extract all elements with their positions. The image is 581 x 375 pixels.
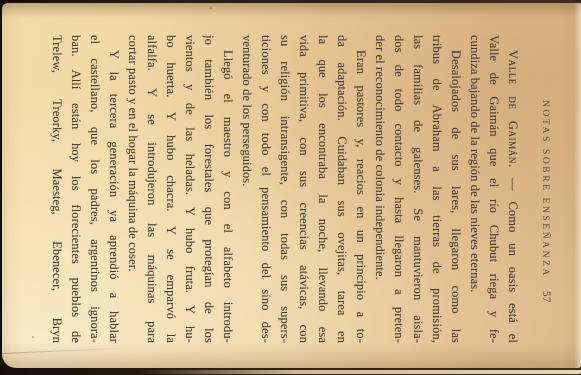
text-line: alfalfa. Y se introdujeron las máquinas …	[142, 35, 161, 343]
chapter-lead: Valle de Gaimán	[506, 50, 520, 164]
text-line: cortar pasto y en el hogar la máquina de…	[123, 35, 142, 343]
page-number: 57	[540, 291, 552, 303]
text-line: Valle de Gaimán que el río Chubut riega …	[484, 35, 503, 343]
text-line: Trelew, Treorky, Maesteg, Ebenecer, Bryn	[47, 35, 66, 343]
book-page: NOTAS SOBRE ENSEÑANZA 57 Valle de Gaimán…	[2, 3, 581, 368]
page-content: NOTAS SOBRE ENSEÑANZA 57 Valle de Gaimán…	[2, 3, 581, 368]
text-line: vida primitiva, con sus creencias atávic…	[294, 35, 313, 343]
text-line: Valle de Gaimán. — Como un oasis está el	[503, 35, 522, 343]
text-line: Eran pastores y, reacios en un principio…	[351, 35, 370, 343]
text-line: Y la tercera generación ya aprendió a ha…	[104, 35, 123, 343]
text-line: cundiza bajando de la región de las niev…	[465, 35, 484, 343]
text-line: el castellano, que los padres, argentino…	[85, 35, 104, 343]
text-line: venturado de los perseguidos.	[237, 35, 256, 343]
text-line: la que los encontraba la noche, llevando…	[313, 35, 332, 343]
text-line: las familias de galenses. Se mantuvieron…	[408, 35, 427, 343]
text-line: ban. Allí están hoy los florecientes pue…	[66, 35, 85, 343]
scan-background: NOTAS SOBRE ENSEÑANZA 57 Valle de Gaimán…	[0, 0, 581, 375]
text-line: da adaptación. Cuidaban sus ovejitas, ta…	[332, 35, 351, 343]
text-line: vientos y de las heladas. Y hubo fruta. …	[180, 35, 199, 343]
text-line: ticiones y con todo el pensamiento del s…	[256, 35, 275, 343]
text-line: tribus de Abraham a las tierras de promi…	[427, 35, 446, 343]
underlying-page-edges	[140, 370, 581, 374]
text-block: Valle de Gaimán. — Como un oasis está el…	[47, 35, 522, 343]
text-line: jo también los forestales que protegían …	[199, 35, 218, 343]
text-line: Desalojados de sus lares, llegaron como …	[446, 35, 465, 343]
text-line: der el reconocimiento de colonia indepen…	[370, 35, 389, 343]
text-line: bo huerta. Y hubo chacra. Y se emparvó l…	[161, 35, 180, 343]
text-line: Llegó el maestro y con el alfabeto intro…	[218, 35, 237, 343]
text-line: su religión intransigente, con todas sus…	[275, 35, 294, 343]
text-line: dos de todo contacto y hasta llegaron a …	[389, 35, 408, 343]
